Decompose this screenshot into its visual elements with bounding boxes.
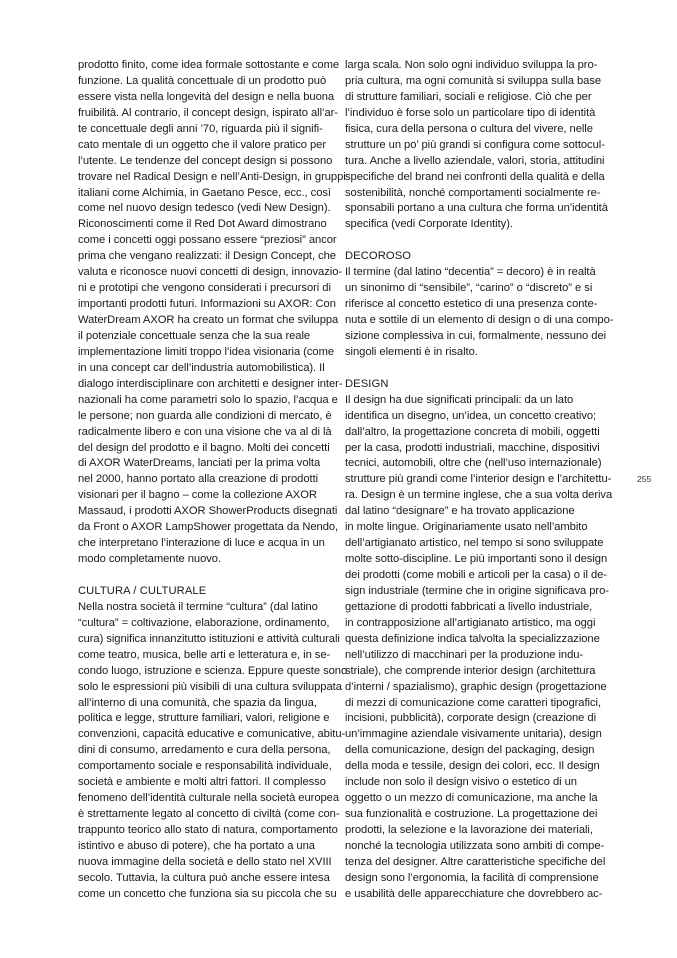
heading-cultura: CULTURA / CULTURALE (78, 584, 334, 600)
text-line: singoli elementi è in risalto. (345, 345, 601, 361)
text-line: trovare nel Radical Design e nell’Anti-D… (78, 170, 334, 186)
text-line: incisioni, pubblicità), corporate design… (345, 711, 601, 727)
text-line: pria cultura, ma ogni comunità si svilup… (345, 74, 601, 90)
text-line: strutture più grandi come l’interior des… (345, 472, 601, 488)
text-line: di AXOR WaterDreams, lanciati per la pri… (78, 456, 334, 472)
text-line: sign industriale (termine che in origine… (345, 584, 601, 600)
heading-design: DESIGN (345, 377, 601, 393)
text-line: comportamento sociale e responsabilità i… (78, 759, 334, 775)
decoroso-paragraph: Il termine (dal latino “decentia” = deco… (345, 265, 601, 361)
text-line: come i concetti oggi possano essere “pre… (78, 233, 334, 249)
text-line: Riconoscimenti come il Red Dot Award dim… (78, 217, 334, 233)
text-line: italiani come Alchimia, in Gaetano Pesce… (78, 186, 334, 202)
cultura-paragraph: Nella nostra società il termine “cultura… (78, 600, 334, 903)
text-line: nell’utilizzo di macchinari per la produ… (345, 648, 601, 664)
text-line: sua funzionalità e costruzione. La proge… (345, 807, 601, 823)
text-line: importanti prodotti futuri. Informazioni… (78, 297, 334, 313)
text-line: tecnici, automobili, oltre che (nell’uso… (345, 456, 601, 472)
text-line: come teatro, musica, belle arti e letter… (78, 648, 334, 664)
text-line: come nel nuovo design tedesco (vedi New … (78, 201, 334, 217)
right-column: larga scala. Non solo ogni individuo svi… (345, 58, 601, 903)
text-line: te concettuale degli anni ’70, riguarda … (78, 122, 334, 138)
text-line: fruibilità. Al contrario, il concept des… (78, 106, 334, 122)
text-line: della comunicazione, design del packagin… (345, 743, 601, 759)
text-line: di strutture familiari, sociali e religi… (345, 90, 601, 106)
text-line: che interpretano l’interazione di luce e… (78, 536, 334, 552)
text-line: oggetto o un mezzo di comunicazione, ma … (345, 791, 601, 807)
text-line: istintivo e abuso di potere), che ha por… (78, 839, 334, 855)
text-line: condo luogo, istruzione e scienza. Eppur… (78, 664, 334, 680)
text-line: design sono l’ergonomia, la facilità di … (345, 871, 601, 887)
text-line: “cultura” = coltivazione, elaborazione, … (78, 616, 334, 632)
text-line: l’individuo è forse solo un particolare … (345, 106, 601, 122)
paragraph-spacer (345, 361, 601, 377)
text-line: nuova immagine della società e dello sta… (78, 855, 334, 871)
text-line: implementazione limiti troppo l’idea vis… (78, 345, 334, 361)
concept-design-paragraph: prodotto finito, come idea formale sotto… (78, 58, 334, 568)
text-line: nonché la tecnologia utilizzata sono amb… (345, 839, 601, 855)
text-line: funzione. La qualità concettuale di un p… (78, 74, 334, 90)
text-line: dal latino “designare” e ha trovato appl… (345, 504, 601, 520)
text-line: Il design ha due significati principali:… (345, 393, 601, 409)
text-line: fenomeno dell’identità culturale nella s… (78, 791, 334, 807)
text-line: cura) significa innanzitutto istituzioni… (78, 632, 334, 648)
text-line: sizione complessiva in cui, formalmente,… (345, 329, 601, 345)
text-line: prodotto finito, come idea formale sotto… (78, 58, 334, 74)
text-line: ra. Design è un termine inglese, che a s… (345, 488, 601, 504)
text-line: Il termine (dal latino “decentia” = deco… (345, 265, 601, 281)
page-number: 255 (637, 474, 651, 484)
text-line: prima che vengano realizzati: il Design … (78, 249, 334, 265)
text-line: del design del prodotto e il bagno. Molt… (78, 441, 334, 457)
text-line: dini di consumo, arredamento e cura dell… (78, 743, 334, 759)
text-line: l’utente. Le tendenze del concept design… (78, 154, 334, 170)
text-line: un sinonimo di “sensibile”, “carino” o “… (345, 281, 601, 297)
text-line: è strettamente legato al concetto di civ… (78, 807, 334, 823)
text-line: larga scala. Non solo ogni individuo svi… (345, 58, 601, 74)
text-line: nel 2000, hanno portato alla creazione d… (78, 472, 334, 488)
text-line: come un concetto che funziona sia su pic… (78, 887, 334, 903)
text-line: Nella nostra società il termine “cultura… (78, 600, 334, 616)
text-line: solo le espressioni più visibili di una … (78, 680, 334, 696)
text-line: strutture un po’ più grandi si configura… (345, 138, 601, 154)
text-line: gettazione di prodotti fabbricati a live… (345, 600, 601, 616)
text-line: in una concept car dell’industria automo… (78, 361, 334, 377)
text-line: dei prodotti (come mobili e articoli per… (345, 568, 601, 584)
text-line: società e ambiente e molti altri fattori… (78, 775, 334, 791)
text-line: tura. Anche a livello aziendale, valori,… (345, 154, 601, 170)
text-line: specifiche del brand nei confronti della… (345, 170, 601, 186)
text-line: WaterDream AXOR ha creato un format che … (78, 313, 334, 329)
design-paragraph: Il design ha due significati principali:… (345, 393, 601, 903)
text-line: secolo. Tuttavia, la cultura può anche e… (78, 871, 334, 887)
text-line: prodotti, la selezione e la lavorazione … (345, 823, 601, 839)
text-line: nuta e sottile di un elemento di design … (345, 313, 601, 329)
paragraph-spacer (78, 568, 334, 584)
text-line: ni e prototipi che vengono considerati i… (78, 281, 334, 297)
text-line: molte sotto-discipline. Le più important… (345, 552, 601, 568)
text-line: in molte lingue. Originariamente usato n… (345, 520, 601, 536)
cultura-continued-paragraph: larga scala. Non solo ogni individuo svi… (345, 58, 601, 233)
text-line: sostenibilità, nonché comportamenti soci… (345, 186, 601, 202)
text-line: politica e legge, strutture familiari, v… (78, 711, 334, 727)
text-line: in contrapposizione all’artigianato arti… (345, 616, 601, 632)
text-line: valuta e riconosce nuovi concetti di des… (78, 265, 334, 281)
text-line: all’interno di una comunità, che spazia … (78, 696, 334, 712)
text-line: trappunto teorico allo stato di natura, … (78, 823, 334, 839)
text-line: fisica, cura della persona o cultura del… (345, 122, 601, 138)
text-line: visionari per il bagno – come la collezi… (78, 488, 334, 504)
text-line: dall’altro, la progettazione concreta di… (345, 425, 601, 441)
text-line: identifica un disegno, un’idea, un conce… (345, 409, 601, 425)
text-line: un’immagine aziendale visivamente unitar… (345, 727, 601, 743)
text-line: della moda e tessile, design dei colori,… (345, 759, 601, 775)
text-line: modo completamente nuovo. (78, 552, 334, 568)
text-line: dialogo interdisciplinare con architetti… (78, 377, 334, 393)
text-line: da Front o AXOR LampShower progettata da… (78, 520, 334, 536)
text-line: dell’artigianato artistico, nel tempo si… (345, 536, 601, 552)
text-line: e usabilità delle apparecchiature che do… (345, 887, 601, 903)
paragraph-spacer (345, 233, 601, 249)
text-line: di mezzi di comunicazione come caratteri… (345, 696, 601, 712)
document-page: prodotto finito, come idea formale sotto… (0, 0, 677, 958)
text-line: questa definizione indica talvolta la sp… (345, 632, 601, 648)
text-line: essere vista nella longevità del design … (78, 90, 334, 106)
text-line: per la casa, prodotti industriali, macch… (345, 441, 601, 457)
text-line: tenza del designer. Altre caratteristich… (345, 855, 601, 871)
text-line: include non solo il design visivo o este… (345, 775, 601, 791)
text-line: riferisce al concetto estetico di una pr… (345, 297, 601, 313)
text-line: striale), che comprende interior design … (345, 664, 601, 680)
text-line: specifica (vedi Corporate Identity). (345, 217, 601, 233)
text-line: nazionali ha come parametri solo lo spaz… (78, 393, 334, 409)
text-line: sponsabili portano a una cultura che for… (345, 201, 601, 217)
text-line: le persone; non guarda alle condizioni d… (78, 409, 334, 425)
text-line: Massaud, i prodotti AXOR ShowerProducts … (78, 504, 334, 520)
left-column: prodotto finito, come idea formale sotto… (78, 58, 334, 903)
text-line: radicalmente libero e con una visione ch… (78, 425, 334, 441)
text-line: d’interni / spazialismo), graphic design… (345, 680, 601, 696)
heading-decoroso: DECOROSO (345, 249, 601, 265)
text-line: convenzioni, capacità educative e comuni… (78, 727, 334, 743)
text-line: il potenziale concettuale senza che la s… (78, 329, 334, 345)
text-line: cato mentale di un oggetto che il valore… (78, 138, 334, 154)
